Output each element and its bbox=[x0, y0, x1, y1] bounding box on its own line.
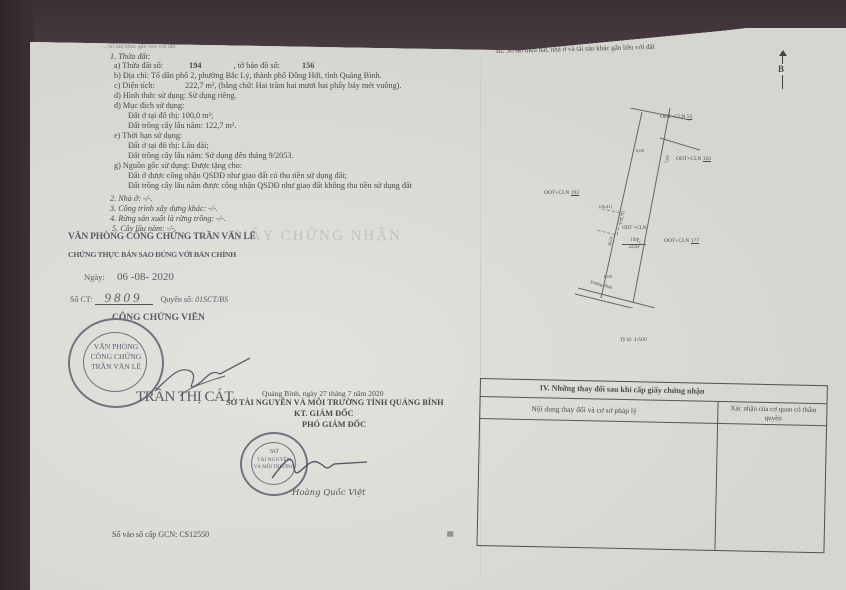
parcel-label-53: ODT+CLN 53 bbox=[660, 112, 692, 123]
usage-term-1: Đất ở tại đô thị: Lâu dài; bbox=[128, 141, 209, 152]
map-sheet-value: 156 bbox=[302, 61, 314, 70]
usage-term-2: Đất trồng cây lâu năm: Sử dụng đến tháng… bbox=[128, 151, 293, 162]
notary-number-row: Số CT: 9809 Quyển số: 01SCT/BS bbox=[70, 293, 228, 306]
section3-other-works: 3. Công trình xây dựng khác: -/-. bbox=[110, 204, 218, 215]
notary-book-label: Quyển số: bbox=[161, 295, 194, 304]
notary-seal-line-2: CÔNG CHỨNG bbox=[70, 352, 162, 362]
dim-right-upper: 7,00 bbox=[662, 154, 674, 164]
notary-number-label: Số CT: bbox=[70, 295, 93, 304]
notary-seal-line-3: TRẦN VĂN LÊ bbox=[70, 362, 162, 372]
notary-seal-line-1: VĂN PHÒNG bbox=[70, 342, 162, 352]
parcel-diagram bbox=[560, 108, 700, 308]
issuing-authority: SỞ TÀI NGUYÊN VÀ MÔI TRƯỜNG TỈNH QUẢNG B… bbox=[226, 398, 444, 409]
area-row: c) Diện tích: 222,7 m², (bằng chữ: Hai t… bbox=[114, 81, 401, 92]
dim-right: 37,17 bbox=[633, 237, 645, 249]
notary-book-value: 01SCT/BS bbox=[195, 295, 228, 304]
register-row: Số vào sổ cấp GCN: CS12550 bbox=[112, 530, 209, 541]
usage-purpose-1: Đất ở tại đô thị: 100,0 m²; bbox=[128, 111, 213, 122]
changes-col-confirmation: Xác nhận của cơ quan có thẩm quyền bbox=[723, 404, 823, 424]
parcel-number-value: 194 bbox=[189, 61, 201, 70]
plan-scale: Tỷ lệ: 1/500 bbox=[620, 335, 647, 346]
issuer-position: PHÓ GIÁM ĐỐC bbox=[302, 420, 366, 431]
area-value: 222,7 m², (bằng chữ: Hai trăm hai mươi h… bbox=[185, 81, 401, 90]
north-label: B bbox=[778, 64, 784, 75]
parcel-number-row: a) Thửa đất số: 194 , tờ bản đồ số: 156 bbox=[114, 61, 314, 72]
director-name: Hoàng Quốc Việt bbox=[292, 488, 365, 499]
north-arrow: B bbox=[778, 50, 788, 90]
notary-date-label: Ngày: bbox=[84, 272, 105, 282]
dim-top: 6,00 bbox=[636, 146, 644, 157]
dim-left: 36,61 bbox=[605, 235, 617, 247]
director-signature bbox=[262, 448, 372, 488]
area-label: c) Diện tích: bbox=[114, 81, 155, 90]
notary-office-line: VĂN PHÒNG CÔNG CHỨNG TRẦN VĂN LÊ bbox=[68, 232, 256, 243]
parcel-label-193: ODT+CLN 193 bbox=[544, 188, 579, 199]
usage-purpose: đ) Mục đích sử dụng: bbox=[114, 101, 184, 112]
changes-table: IV. Những thay đổi sau khi cấp giấy chứn… bbox=[476, 378, 828, 560]
changes-col-content: Nội dung thay đổi và cơ sở pháp lý bbox=[531, 404, 637, 417]
register-label: Số vào sổ cấp GCN: bbox=[112, 530, 177, 539]
map-sheet-label: , tờ bản đồ số: bbox=[234, 61, 280, 70]
notary-date-value: 06 -08- 2020 bbox=[117, 271, 174, 283]
notary-signer-name: TRẦN THỊ CÁT bbox=[136, 392, 233, 403]
parcel-number-label: a) Thửa đất số: bbox=[114, 61, 163, 70]
usage-origin-1: Đất ở được công nhận QSDĐ như giao đất c… bbox=[128, 171, 347, 182]
parcel-label-177: ODT+CLN 177 bbox=[664, 236, 699, 247]
notary-date-row: Ngày: 06 -08- 2020 bbox=[84, 272, 174, 283]
usage-form: d) Hình thức sử dụng: Sử dụng riêng. bbox=[114, 91, 236, 102]
section2-house: 2. Nhà ở: -/-. bbox=[110, 194, 153, 205]
notary-certify-line: CHỨNG THỰC BẢN SAO ĐÚNG VỚI BẢN CHÍNH bbox=[68, 250, 236, 261]
section4-forest: 4. Rừng sản xuất là rừng trồng: -/-. bbox=[110, 214, 226, 225]
faint-barcode-bleed: |||||||||||||||||||||||||||||| bbox=[447, 529, 453, 540]
address: b) Địa chỉ: Tổ dân phố 2, phường Bắc Lý,… bbox=[114, 71, 382, 82]
notary-number-value: 9809 bbox=[95, 293, 153, 305]
issuer-kt: KT. GIÁM ĐỐC bbox=[294, 409, 354, 420]
usage-term: e) Thời hạn sử dụng: bbox=[114, 131, 182, 142]
land-certificate-page: ... tài sản khác gắn liền với đất 1. Thử… bbox=[30, 28, 846, 590]
usage-purpose-2: Đất trồng cây lâu năm: 122,7 m². bbox=[128, 121, 236, 132]
usage-origin-2: Đất trồng cây lâu năm được công nhận QSD… bbox=[128, 181, 412, 192]
dim-inner: (26,41) bbox=[599, 202, 612, 213]
register-value: CS12550 bbox=[179, 530, 209, 539]
usage-origin: g) Nguồn gốc sử dụng: Được tặng cho: bbox=[114, 161, 242, 172]
background-left bbox=[0, 0, 34, 590]
parcel-label-150: ODT+CLN 150 bbox=[676, 154, 711, 165]
